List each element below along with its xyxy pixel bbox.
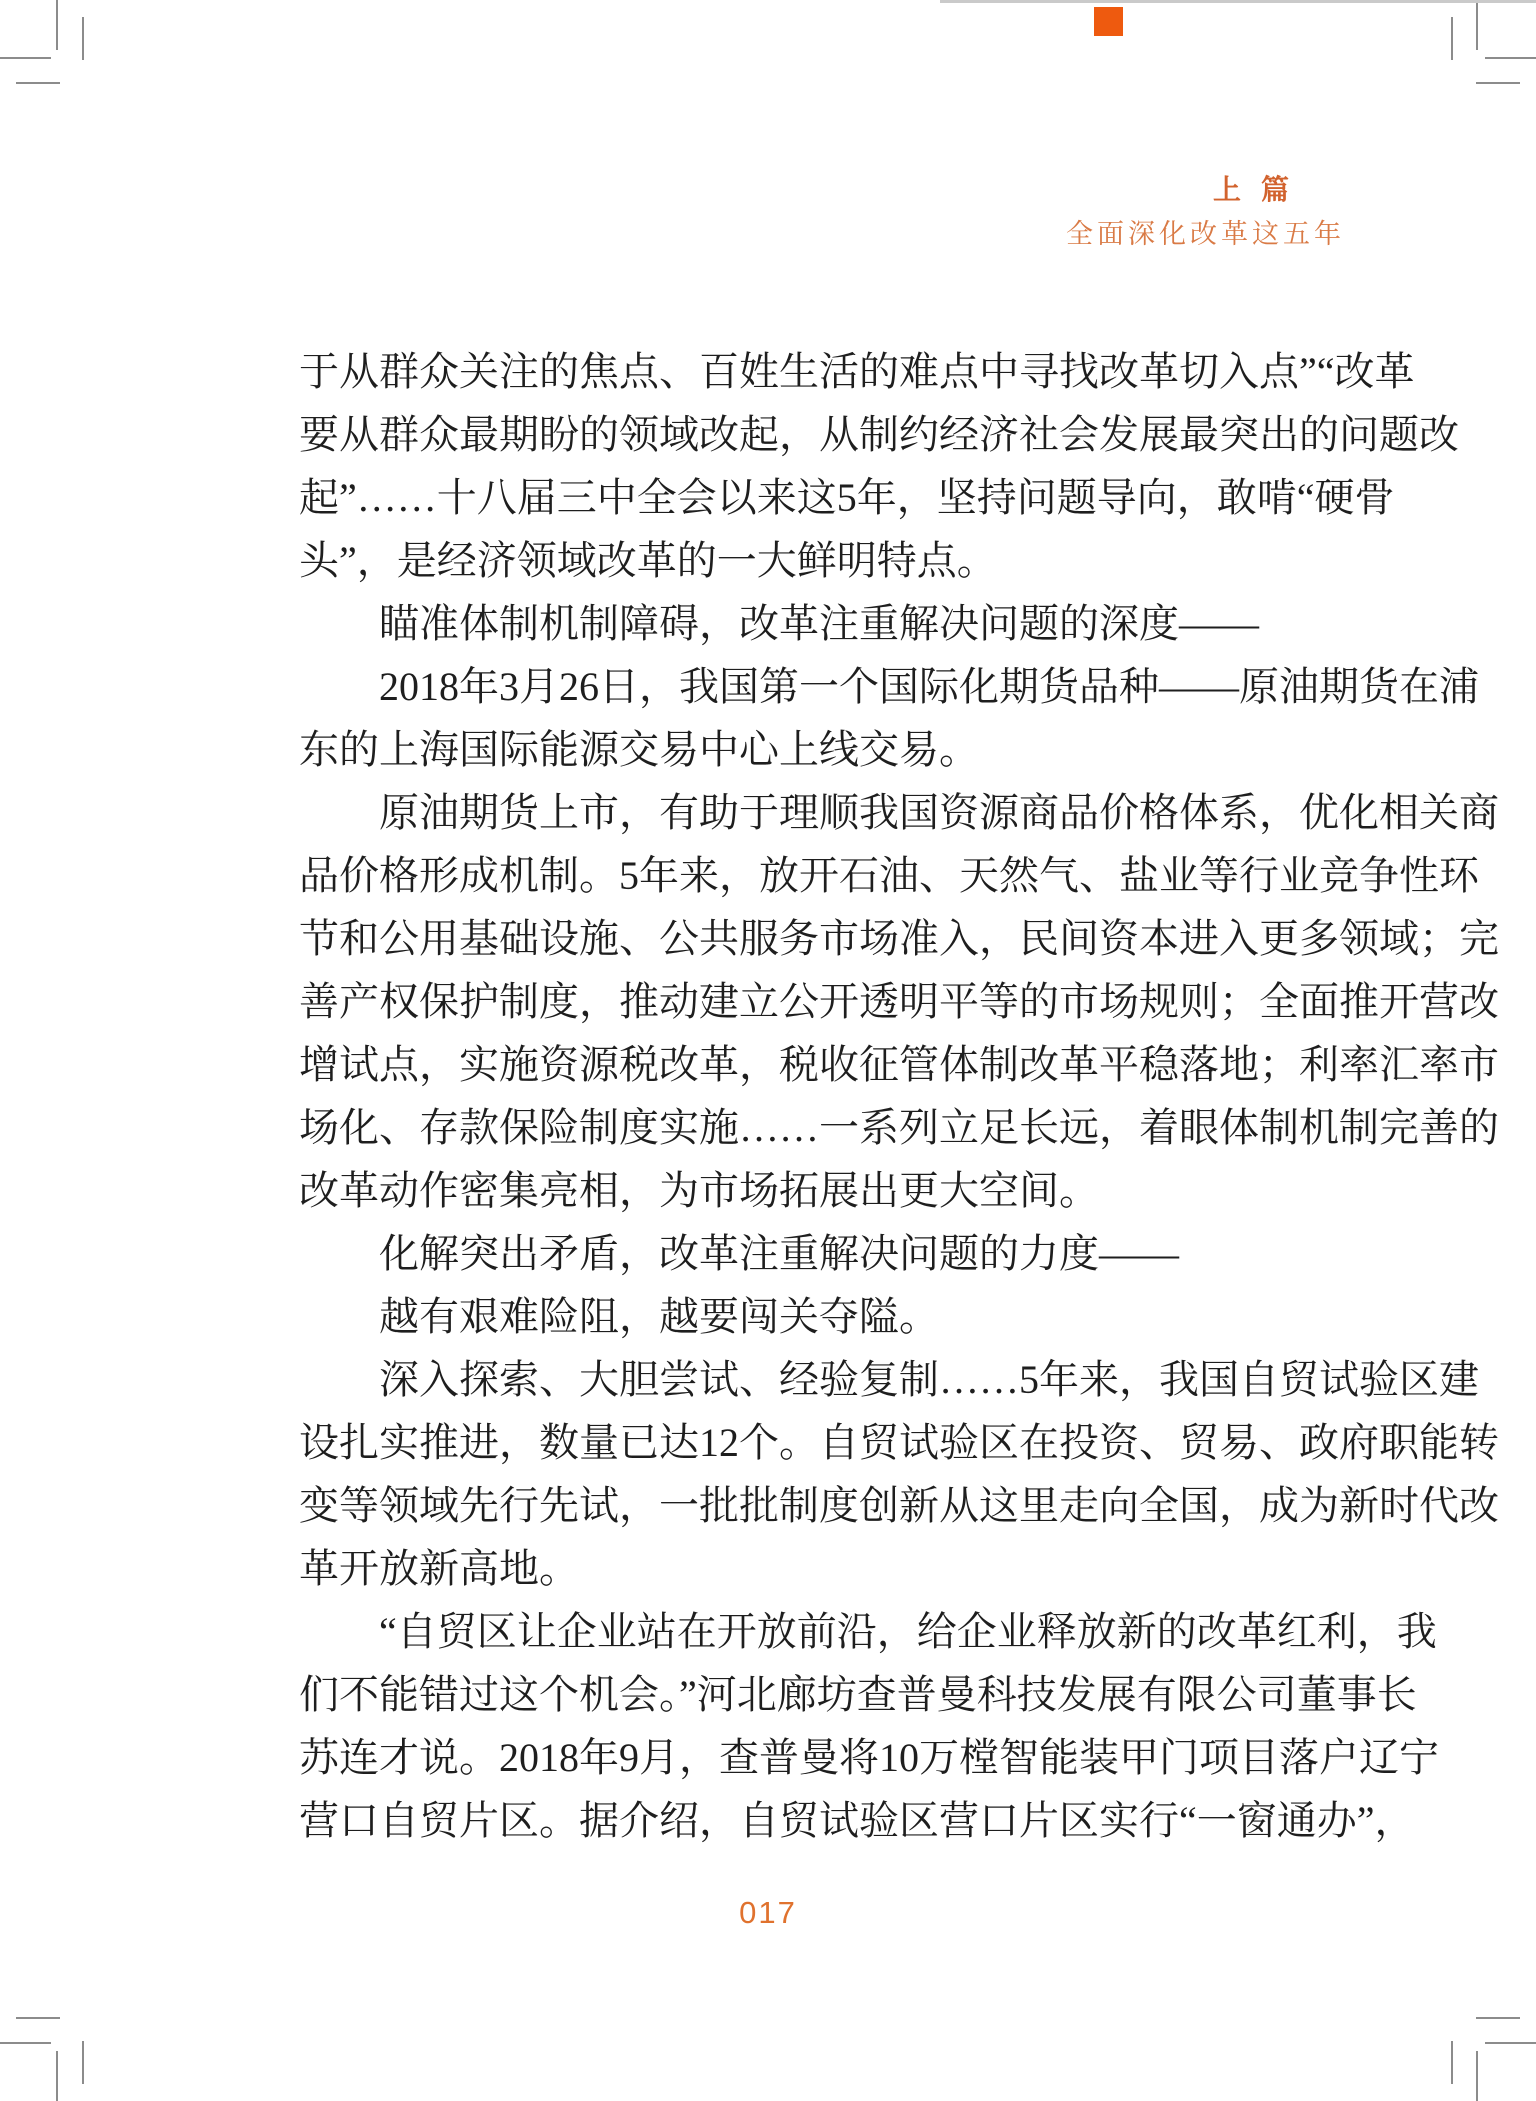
text-line: 们不能错过这个机会。”河北廊坊查普曼科技发展有限公司董事长 bbox=[299, 1663, 1307, 1726]
crop-mark-bottom-left-vertical-inner bbox=[82, 2041, 84, 2084]
text-line: 起”……十八届三中全会以来这5年，坚持问题导向，敢啃“硬骨 bbox=[299, 466, 1307, 529]
crop-mark-top-left-horizontal-inner bbox=[16, 82, 60, 84]
text-line: 瞄准体制机制障碍，改革注重解决问题的深度—— bbox=[299, 592, 1307, 655]
crop-mark-top-right-vertical-inner bbox=[1451, 17, 1453, 60]
text-line: 节和公用基础设施、公共服务市场准入，民间资本进入更多领域；完 bbox=[299, 907, 1307, 970]
text-line: 革开放新高地。 bbox=[299, 1537, 1307, 1600]
text-line: 品价格形成机制。5年来，放开石油、天然气、盐业等行业竞争性环 bbox=[299, 844, 1307, 907]
text-line: 原油期货上市，有助于理顺我国资源商品价格体系，优化相关商 bbox=[299, 781, 1307, 844]
text-line: 东的上海国际能源交易中心上线交易。 bbox=[299, 718, 1307, 781]
crop-mark-bottom-left-vertical-outer bbox=[56, 2051, 58, 2101]
text-line: 化解突出矛盾，改革注重解决问题的力度—— bbox=[299, 1222, 1307, 1285]
crop-mark-bottom-left-horizontal-inner bbox=[16, 2017, 60, 2019]
page-number: 017 bbox=[0, 1895, 1536, 1931]
text-line: 2018年3月26日，我国第一个国际化期货品种——原油期货在浦 bbox=[299, 655, 1307, 718]
crop-mark-bottom-right-vertical-outer bbox=[1476, 2051, 1478, 2101]
text-line: 增试点，实施资源税改革，税收征管体制改革平稳落地；利率汇率市 bbox=[299, 1033, 1307, 1096]
text-line: 于从群众关注的焦点、百姓生活的难点中寻找改革切入点”“改革 bbox=[299, 340, 1307, 403]
text-line: 营口自贸片区。据介绍，自贸试验区营口片区实行“一窗通办”， bbox=[299, 1789, 1307, 1852]
crop-mark-bottom-right-horizontal-inner bbox=[1476, 2017, 1520, 2019]
running-head-chapter-title: 全面深化改革这五年 bbox=[1066, 212, 1345, 251]
text-line: “自贸区让企业站在开放前沿，给企业释放新的改革红利，我 bbox=[299, 1600, 1307, 1663]
crop-mark-top-right-vertical-outer bbox=[1476, 0, 1478, 50]
crop-mark-bottom-left-horizontal-outer bbox=[0, 2042, 51, 2044]
text-line: 深入探索、大胆尝试、经验复制……5年来，我国自贸试验区建 bbox=[299, 1348, 1307, 1411]
text-line: 场化、存款保险制度实施……一系列立足长远，着眼体制机制完善的 bbox=[299, 1096, 1307, 1159]
running-head-part-label: 上 篇 bbox=[1213, 168, 1291, 208]
text-line: 善产权保护制度，推动建立公开透明平等的市场规则；全面推开营改 bbox=[299, 970, 1307, 1033]
text-line: 要从群众最期盼的领域改起，从制约经济社会发展最突出的问题改 bbox=[299, 403, 1307, 466]
crop-mark-top-left-horizontal-outer bbox=[0, 57, 51, 59]
top-edge-scan-line bbox=[940, 0, 1536, 3]
crop-mark-top-left-vertical-inner bbox=[82, 17, 84, 60]
text-line: 越有艰难险阻，越要闯关夺隘。 bbox=[299, 1285, 1307, 1348]
crop-mark-bottom-right-vertical-inner bbox=[1451, 2041, 1453, 2084]
text-line: 变等领域先行先试，一批批制度创新从这里走向全国，成为新时代改 bbox=[299, 1474, 1307, 1537]
book-page: 上 篇 全面深化改革这五年 于从群众关注的焦点、百姓生活的难点中寻找改革切入点”… bbox=[0, 0, 1536, 2101]
crop-mark-bottom-right-horizontal-outer bbox=[1485, 2042, 1536, 2044]
text-line: 设扎实推进，数量已达12个。自贸试验区在投资、贸易、政府职能转 bbox=[299, 1411, 1307, 1474]
body-text: 于从群众关注的焦点、百姓生活的难点中寻找改革切入点”“改革要从群众最期盼的领域改… bbox=[299, 340, 1307, 1852]
orange-marker-square bbox=[1094, 7, 1123, 36]
text-line: 头”，是经济领域改革的一大鲜明特点。 bbox=[299, 529, 1307, 592]
crop-mark-top-left-vertical-outer bbox=[56, 0, 58, 50]
text-line: 苏连才说。2018年9月，查普曼将10万樘智能装甲门项目落户辽宁 bbox=[299, 1726, 1307, 1789]
crop-mark-top-right-horizontal-inner bbox=[1476, 82, 1520, 84]
text-line: 改革动作密集亮相，为市场拓展出更大空间。 bbox=[299, 1159, 1307, 1222]
crop-mark-top-right-horizontal-outer bbox=[1485, 57, 1536, 59]
